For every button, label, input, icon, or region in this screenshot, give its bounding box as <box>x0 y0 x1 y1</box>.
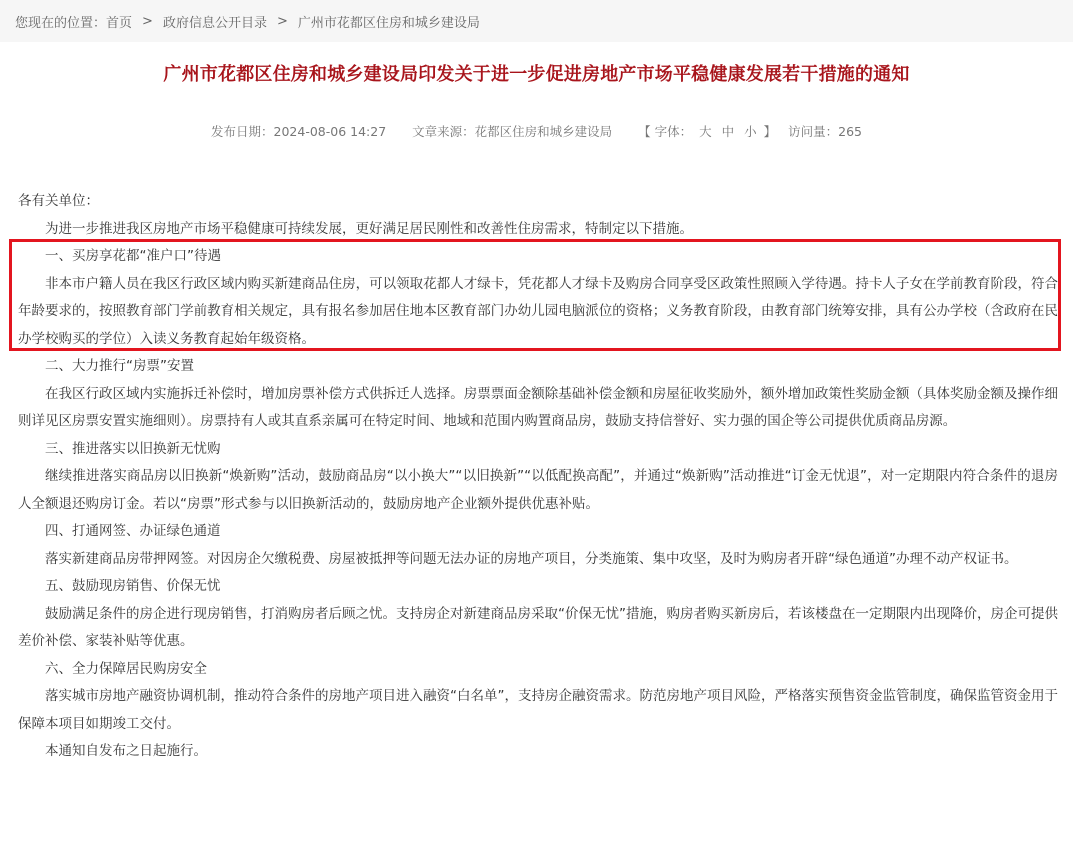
article-meta: 发布日期：2024-08-06 14:27 文章来源：花都区住房和城乡建设局 【… <box>0 122 1073 140</box>
breadcrumb-separator: > <box>277 14 288 29</box>
section-heading-4: 四、打通网签、办证绿色通道 <box>18 518 1058 546</box>
section-body-6: 落实城市房地产融资协调机制，推动符合条件的房地产项目进入融资“白名单”，支持房企… <box>18 683 1058 738</box>
font-size-switcher: 【 字体： 大 中 小 】 <box>638 122 776 140</box>
section-heading-5: 五、鼓励现房销售、价保无忧 <box>18 573 1058 601</box>
font-size-large-link[interactable]: 大 <box>699 124 712 139</box>
section-heading-1: 一、买房享花都“准户口”待遇 <box>18 243 1058 271</box>
breadcrumb-prefix: 您现在的位置： <box>15 12 106 31</box>
section-body-3: 继续推进落实商品房以旧换新“焕新购”活动，鼓励商品房“以小换大”“以旧换新”“以… <box>18 463 1058 518</box>
section-body-4: 落实新建商品房带押网签。对因房企欠缴税费、房屋被抵押等问题无法办证的房地产项目，… <box>18 546 1058 574</box>
section-heading-6: 六、全力保障居民购房安全 <box>18 656 1058 684</box>
section-body-5: 鼓励满足条件的房企进行现房销售，打消购房者后顾之忧。支持房企对新建商品房采取“价… <box>18 601 1058 656</box>
breadcrumb-bureau-link[interactable]: 广州市花都区住房和城乡建设局 <box>298 12 480 31</box>
intro-paragraph: 为进一步推进我区房地产市场平稳健康可持续发展，更好满足居民刚性和改善性住房需求，… <box>18 216 1058 244</box>
visits-label: 访问量： <box>788 122 838 140</box>
breadcrumb-separator: > <box>142 14 153 29</box>
publish-label: 发布日期： <box>211 122 274 140</box>
source-label: 文章来源： <box>412 122 475 140</box>
source-value: 花都区住房和城乡建设局 <box>475 122 613 140</box>
font-size-small-link[interactable]: 小 <box>744 124 757 139</box>
font-size-open: 【 字体： <box>638 122 692 140</box>
article-title: 广州市花都区住房和城乡建设局印发关于进一步促进房地产市场平稳健康发展若干措施的通… <box>0 60 1073 86</box>
article-body: 各有关单位： 为进一步推进我区房地产市场平稳健康可持续发展，更好满足居民刚性和改… <box>18 188 1058 766</box>
section-heading-2: 二、大力推行“房票”安置 <box>18 353 1058 381</box>
closing-paragraph: 本通知自发布之日起施行。 <box>18 738 1058 766</box>
publish-date: 2024-08-06 14:27 <box>274 124 387 139</box>
breadcrumb-home-link[interactable]: 首页 <box>106 12 132 31</box>
section-body-1: 非本市户籍人员在我区行政区域内购买新建商品住房，可以领取花都人才绿卡，凭花都人才… <box>18 271 1058 354</box>
font-size-medium-link[interactable]: 中 <box>722 124 735 139</box>
section-body-2: 在我区行政区域内实施拆迁补偿时，增加房票补偿方式供拆迁人选择。房票票面金额除基础… <box>18 381 1058 436</box>
section-heading-3: 三、推进落实以旧换新无忧购 <box>18 436 1058 464</box>
font-size-close: 】 <box>764 122 777 140</box>
salutation: 各有关单位： <box>18 188 1058 216</box>
visits-count: 265 <box>838 124 862 139</box>
breadcrumb-directory-link[interactable]: 政府信息公开目录 <box>163 12 267 31</box>
breadcrumb: 您现在的位置： 首页 > 政府信息公开目录 > 广州市花都区住房和城乡建设局 <box>0 0 1073 42</box>
